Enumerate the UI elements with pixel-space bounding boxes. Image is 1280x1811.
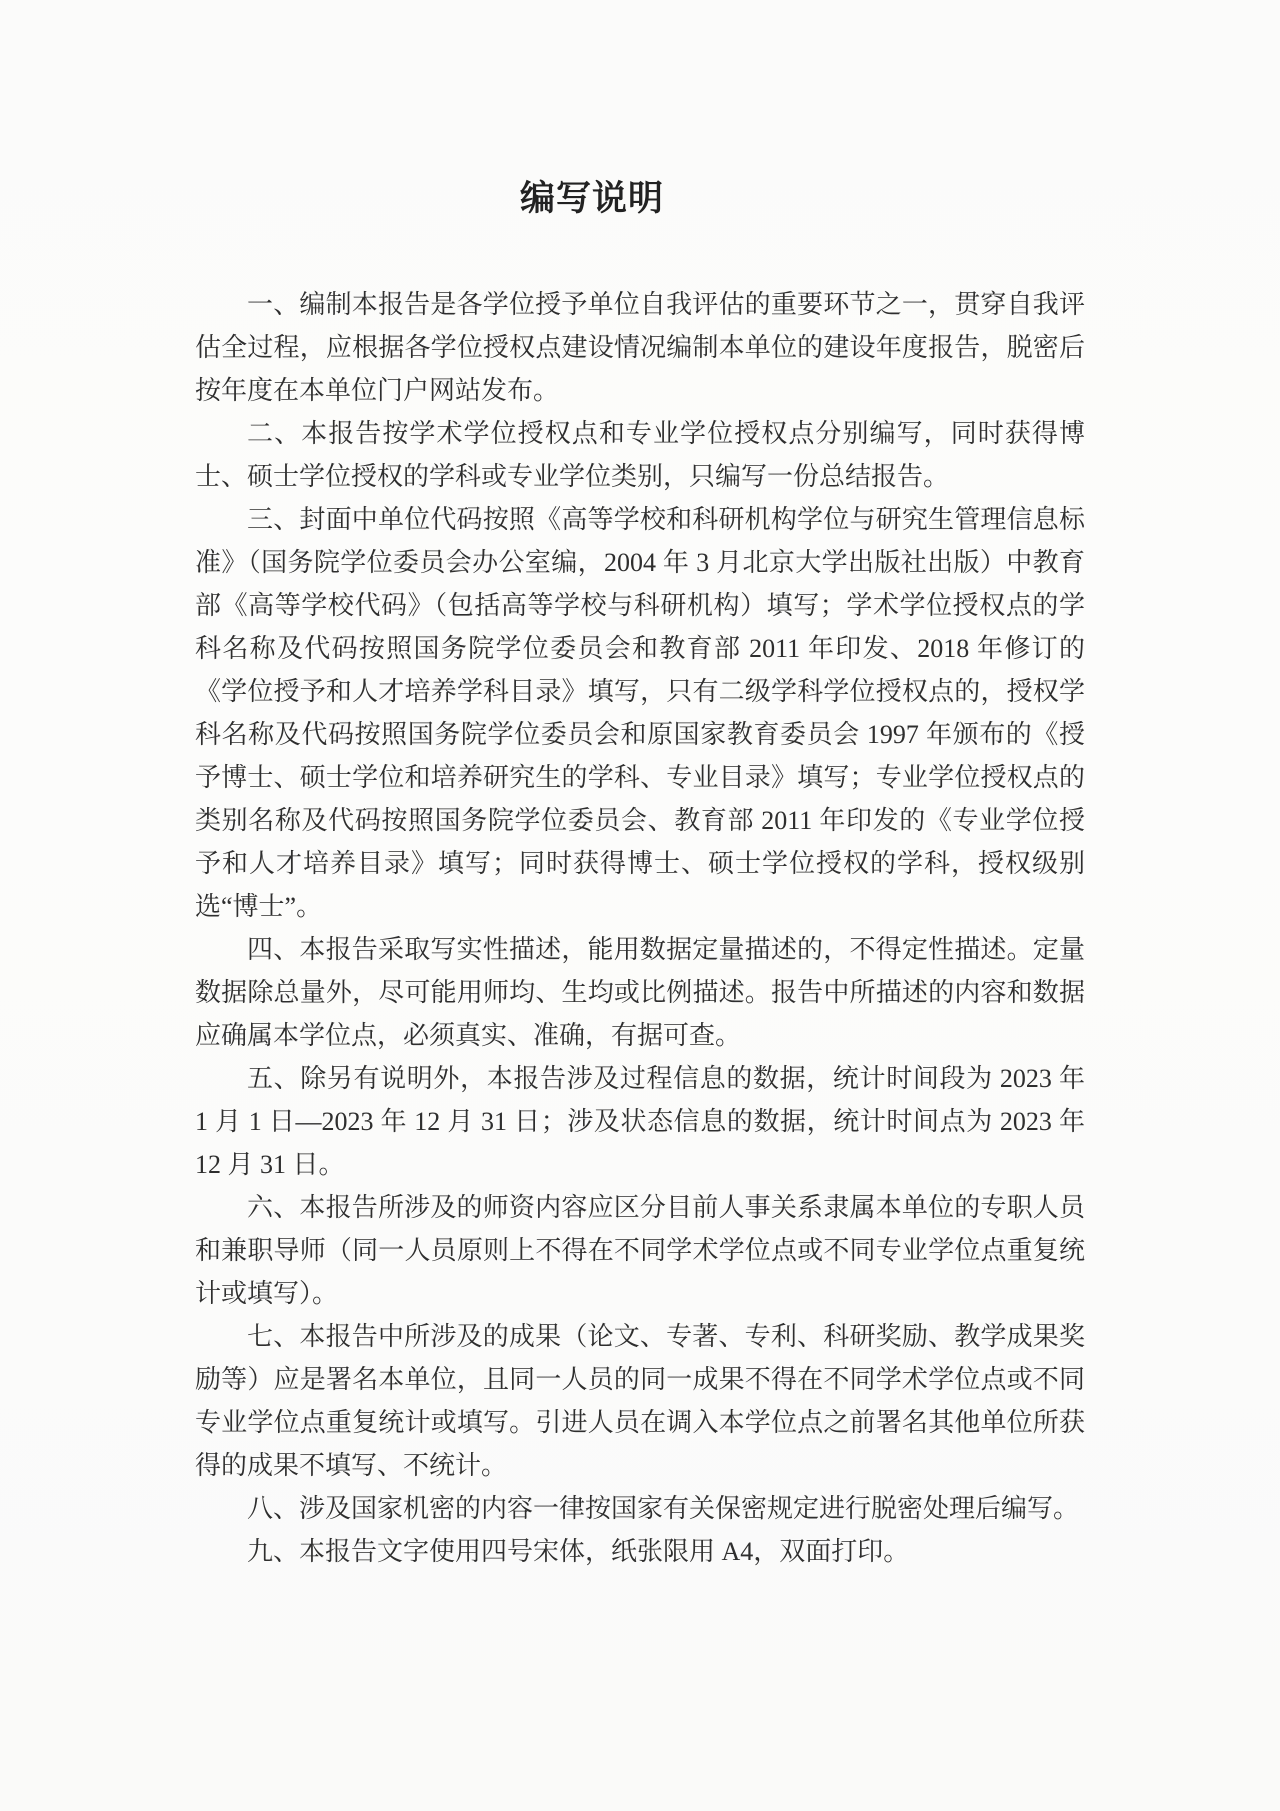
instruction-item-8: 八、涉及国家机密的内容一律按国家有关保密规定进行脱密处理后编写。 (195, 1487, 1085, 1530)
instruction-item-7: 七、本报告中所涉及的成果（论文、专著、专利、科研奖励、教学成果奖励等）应是署名本… (195, 1315, 1085, 1487)
document-body: 一、编制本报告是各学位授予单位自我评估的重要环节之一，贯穿自我评估全过程，应根据… (195, 283, 1085, 1573)
instruction-item-6: 六、本报告所涉及的师资内容应区分目前人事关系隶属本单位的专职人员和兼职导师（同一… (195, 1186, 1085, 1315)
instruction-item-1: 一、编制本报告是各学位授予单位自我评估的重要环节之一，贯穿自我评估全过程，应根据… (195, 283, 1085, 412)
instruction-item-2: 二、本报告按学术学位授权点和专业学位授权点分别编写，同时获得博士、硕士学位授权的… (195, 412, 1085, 498)
document-page: 编写说明 一、编制本报告是各学位授予单位自我评估的重要环节之一，贯穿自我评估全过… (0, 0, 1280, 1811)
instruction-item-3: 三、封面中单位代码按照《高等学校和科研机构学位与研究生管理信息标准》（国务院学位… (195, 498, 1085, 928)
instruction-item-4: 四、本报告采取写实性描述，能用数据定量描述的，不得定性描述。定量数据除总量外，尽… (195, 928, 1085, 1057)
instruction-item-9: 九、本报告文字使用四号宋体，纸张限用 A4，双面打印。 (195, 1530, 1085, 1573)
document-title: 编写说明 (152, 171, 1032, 221)
instruction-item-5: 五、除另有说明外，本报告涉及过程信息的数据，统计时间段为 2023 年 1 月 … (195, 1057, 1085, 1186)
